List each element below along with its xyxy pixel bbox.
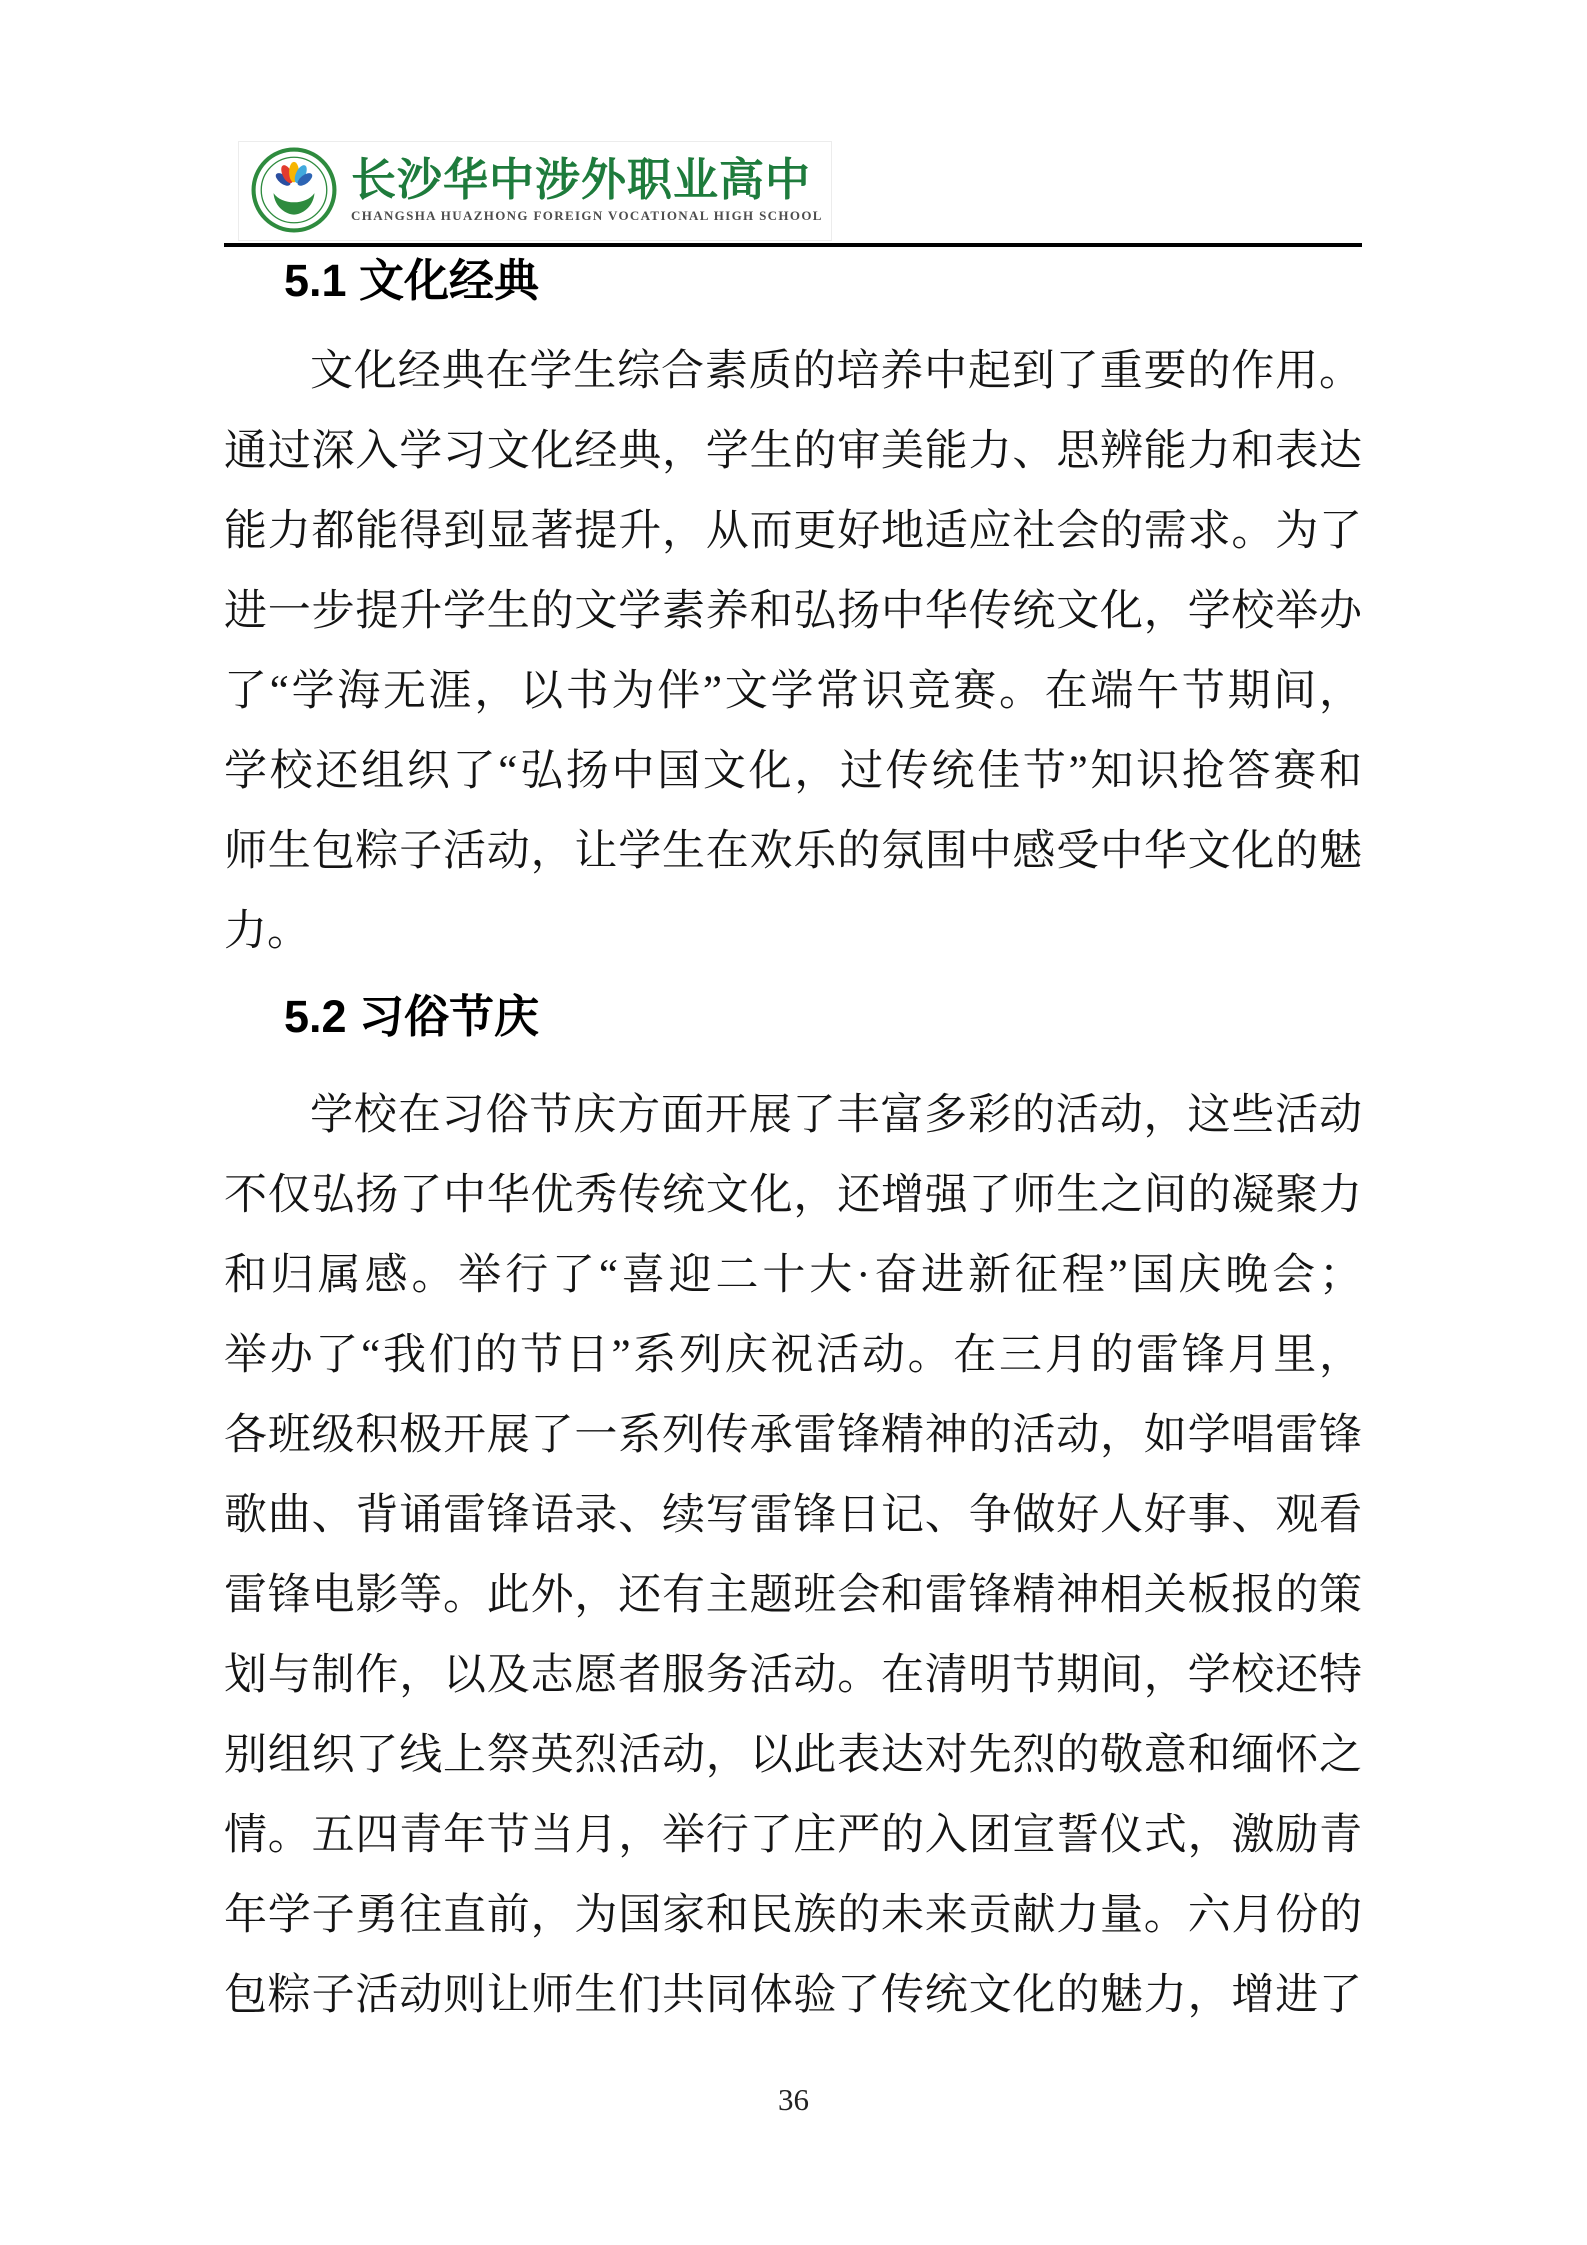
paragraph-5-2: 学校在习俗节庆方面开展了丰富多彩的活动，这些活动不仅弘扬了中华优秀传统文化，还增… <box>224 1076 1362 2036</box>
text-line: 情。五四青年节当月，举行了庄严的入团宣誓仪式，激励青 <box>224 1796 1362 1876</box>
document-page: 长沙华中涉外职业高中 CHANGSHA HUAZHONG FOREIGN VOC… <box>0 0 1587 2245</box>
school-name-block: 长沙华中涉外职业高中 CHANGSHA HUAZHONG FOREIGN VOC… <box>351 156 823 224</box>
school-logo-icon <box>251 147 337 233</box>
text-line: 举办了“我们的节日”系列庆祝活动。在三月的雷锋月里， <box>224 1316 1362 1396</box>
text-line: 能力都能得到显著提升，从而更好地适应社会的需求。为了 <box>224 492 1362 572</box>
text-line: 力。 <box>224 892 1362 972</box>
text-line: 学校还组织了“弘扬中国文化，过传统佳节”知识抢答赛和 <box>224 732 1362 812</box>
section-heading-5-1: 5.1 文化经典 <box>284 254 539 308</box>
text-line: 了“学海无涯，以书为伴”文学常识竞赛。在端午节期间， <box>224 652 1362 732</box>
text-line: 别组织了线上祭英烈活动，以此表达对先烈的敬意和缅怀之 <box>224 1716 1362 1796</box>
text-line: 不仅弘扬了中华优秀传统文化，还增强了师生之间的凝聚力 <box>224 1156 1362 1236</box>
text-line: 和归属感。举行了“喜迎二十大·奋进新征程”国庆晚会； <box>224 1236 1362 1316</box>
school-name-zh: 长沙华中涉外职业高中 <box>351 156 823 205</box>
text-line: 进一步提升学生的文学素养和弘扬中华传统文化，学校举办 <box>224 572 1362 652</box>
text-line: 歌曲、背诵雷锋语录、续写雷锋日记、争做好人好事、观看 <box>224 1476 1362 1556</box>
text-line: 文化经典在学生综合素质的培养中起到了重要的作用。 <box>224 332 1362 412</box>
text-line: 学校在习俗节庆方面开展了丰富多彩的活动，这些活动 <box>224 1076 1362 1156</box>
text-line: 年学子勇往直前，为国家和民族的未来贡献力量。六月份的 <box>224 1876 1362 1956</box>
page-header-brand: 长沙华中涉外职业高中 CHANGSHA HUAZHONG FOREIGN VOC… <box>238 141 832 241</box>
text-line: 各班级积极开展了一系列传承雷锋精神的活动，如学唱雷锋 <box>224 1396 1362 1476</box>
section-heading-5-2: 5.2 习俗节庆 <box>284 990 539 1044</box>
text-line: 包粽子活动则让师生们共同体验了传统文化的魅力，增进了 <box>224 1956 1362 2036</box>
page-number: 36 <box>0 2082 1587 2118</box>
text-line: 划与制作，以及志愿者服务活动。在清明节期间，学校还特 <box>224 1636 1362 1716</box>
school-name-en: CHANGSHA HUAZHONG FOREIGN VOCATIONAL HIG… <box>351 208 823 224</box>
paragraph-5-1: 文化经典在学生综合素质的培养中起到了重要的作用。通过深入学习文化经典，学生的审美… <box>224 332 1362 972</box>
text-line: 通过深入学习文化经典，学生的审美能力、思辨能力和表达 <box>224 412 1362 492</box>
text-line: 雷锋电影等。此外，还有主题班会和雷锋精神相关板报的策 <box>224 1556 1362 1636</box>
header-divider <box>224 243 1362 247</box>
text-line: 师生包粽子活动，让学生在欢乐的氛围中感受中华文化的魅 <box>224 812 1362 892</box>
